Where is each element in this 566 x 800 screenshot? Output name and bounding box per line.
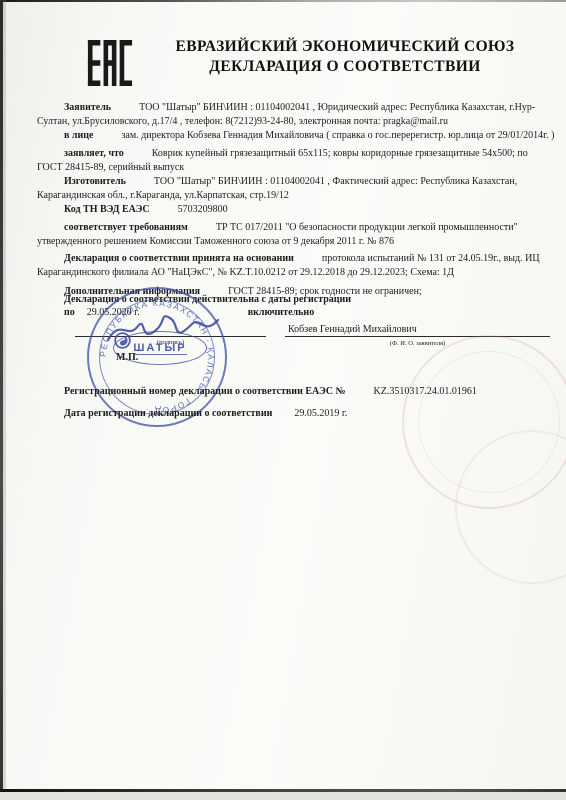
registration-date-value: 29.05.2019 г. <box>294 408 347 419</box>
field-applicant: ЗаявительТОО "Шатыр" БИН\ИИН : 011040020… <box>37 101 548 128</box>
validity-inclusive-label: включительно <box>248 307 314 318</box>
field-declares-that-label: заявляет, что <box>64 148 124 159</box>
declaration-scan: ЕВРАЗИЙСКИЙ ЭКОНОМИЧЕСКИЙ СОЮЗ ДЕКЛАРАЦИ… <box>0 0 566 800</box>
registration-number-row: Регистрационный номер декларации о соотв… <box>64 386 477 397</box>
field-adopted-on-basis-label: Декларация о соответствии принята на осн… <box>64 253 294 264</box>
registration-date-label: Дата регистрации декларации о соответств… <box>64 408 272 419</box>
scan-edge-top <box>0 0 566 2</box>
field-adopted-on-basis: Декларация о соответствии принята на осн… <box>37 252 548 279</box>
document-title: ЕВРАЗИЙСКИЙ ЭКОНОМИЧЕСКИЙ СОЮЗ ДЕКЛАРАЦИ… <box>145 37 545 77</box>
field-declares-that: заявляет, чтоКоврик купейный грязезащитн… <box>37 147 548 174</box>
field-tnved-code: Код ТН ВЭД ЕАЭС5703209800 <box>37 203 548 217</box>
field-tnved-code-label: Код ТН ВЭД ЕАЭС <box>64 204 150 215</box>
validity-from-label: по <box>64 307 75 318</box>
field-represented-by-value: зам. директора Кобзева Геннадия Михайлов… <box>121 130 554 141</box>
field-represented-by: в лицезам. директора Кобзева Геннадия Ми… <box>37 129 548 143</box>
registration-number-value: KZ.3510317.24.01.01961 <box>374 386 477 397</box>
handwritten-signature <box>100 310 240 350</box>
applicant-name: Кобзев Геннадий Михайлович <box>288 324 417 335</box>
title-line-declaration: ДЕКЛАРАЦИЯ О СООТВЕТСТВИИ <box>145 57 545 77</box>
title-line-union: ЕВРАЗИЙСКИЙ ЭКОНОМИЧЕСКИЙ СОЮЗ <box>145 37 545 57</box>
mp-seal-label: М.П. <box>116 352 138 363</box>
registration-number-label: Регистрационный номер декларации о соотв… <box>64 386 346 397</box>
scan-edge-bottom-shadow <box>0 792 566 800</box>
eac-mark-icon <box>86 40 134 86</box>
field-represented-by-label: в лице <box>64 130 93 141</box>
validity-heading: Декларация о соответствии действительна … <box>64 294 351 305</box>
field-applicant-label: Заявитель <box>64 102 111 113</box>
scan-edge-left-shadow <box>3 0 6 800</box>
registration-date-row: Дата регистрации декларации о соответств… <box>64 408 347 419</box>
field-manufacturer: ИзготовительТОО "Шатыр" БИН\ИИН : 011040… <box>37 175 548 202</box>
field-tnved-code-value: 5703209800 <box>178 204 228 215</box>
field-manufacturer-label: Изготовитель <box>64 176 126 187</box>
field-complies-with: соответствует требованиямТР ТС 017/2011 … <box>37 221 548 248</box>
field-complies-with-label: соответствует требованиям <box>64 222 188 233</box>
field-applicant-value: ТОО "Шатыр" БИН\ИИН : 01104002041 , Юрид… <box>37 102 535 127</box>
